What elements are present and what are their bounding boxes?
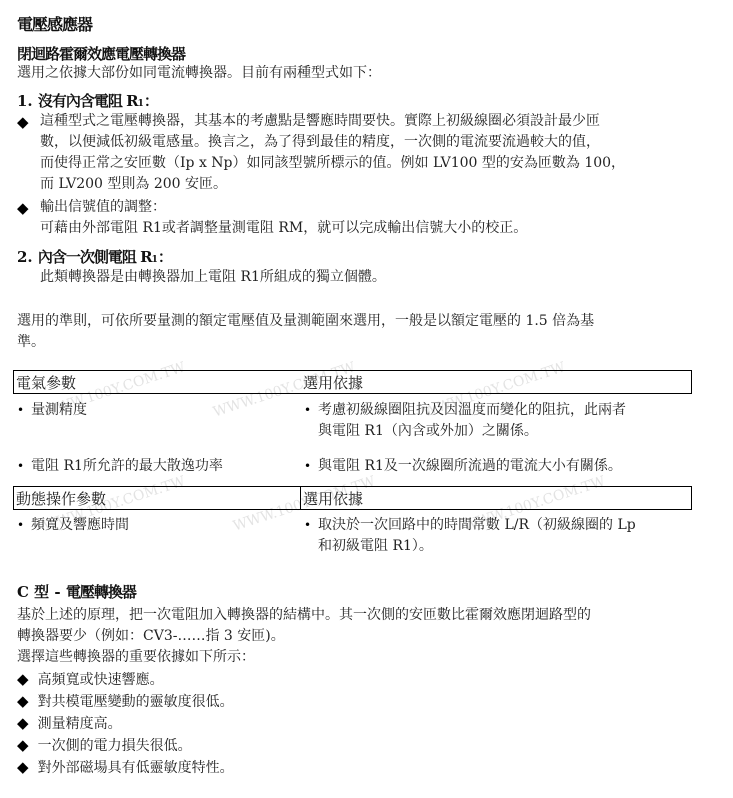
text-line: 取決於一次回路中的時間常數 L/R（初級線圈的 Lp	[318, 515, 636, 536]
criteria-paragraph: 選用的準則，可依所要量測的額定電壓值及量測範圍來選用，一般是以額定電壓的 1.5…	[17, 311, 594, 353]
section1-bullet-1: 這種型式之電壓轉換器，其基本的考慮點是響應時間要快。實際上初級線圈必須設計最少匝…	[40, 111, 625, 195]
list-item-text: 對共模電壓變動的靈敏度很低。	[38, 694, 234, 710]
diamond-bullet-icon: ◆	[17, 199, 29, 217]
table2-header-basis: 選用依據	[303, 488, 363, 509]
table2-header-param: 動態操作參數	[16, 488, 106, 509]
list-item: ◆ 測量精度高。	[17, 713, 234, 735]
table2-row1-basis: 取決於一次回路中的時間常數 L/R（初級線圈的 Lp 和初級電阻 R1）。	[318, 515, 636, 557]
text-line: 可藉由外部電阻 R1或者調整量測電阻 RM，就可以完成輸出信號大小的校正。	[40, 218, 527, 239]
section1-heading: 1. 沒有內含電阻 R1：	[17, 90, 159, 111]
text-line: 而 LV200 型則為 200 安匝。	[40, 174, 625, 195]
sectionC-bullet-list: ◆ 高頻寬或快速響應。 ◆ 對共模電壓變動的靈敏度很低。 ◆ 測量精度高。 ◆ …	[17, 669, 234, 779]
list-item: ◆ 對共模電壓變動的靈敏度很低。	[17, 691, 234, 713]
diamond-bullet-icon: ◆	[17, 670, 29, 688]
section2-heading: 2. 內含一次側電阻 R1：	[17, 246, 173, 267]
text-line: 選擇這些轉換器的重要依據如下所示：	[17, 647, 591, 668]
table1-row1-param: 量測精度	[31, 400, 87, 421]
table1-header-basis: 選用依據	[303, 372, 363, 393]
list-item-text: 高頻寬或快速響應。	[38, 672, 164, 688]
section2-text: 此類轉換器是由轉換器加上電阻 R1所組成的獨立個體。	[40, 267, 386, 288]
dot-bullet-icon: •	[17, 518, 24, 532]
sectionC-paragraph: 基於上述的原理，把一次電阻加入轉換器的結構中。其一次側的安匝數比霍爾效應閉迴路型…	[17, 605, 591, 668]
list-item-text: 測量精度高。	[38, 716, 122, 732]
text-line: 轉換器要少（例如：CV3-……指 3 安匝)。	[17, 626, 591, 647]
table1-row2-param: 電阻 R1所允許的最大散逸功率	[31, 456, 223, 477]
table1-row1-basis: 考慮初級線圈阻抗及因溫度而變化的阻抗，此兩者 與電阻 R1（內含或外加）之關係。	[318, 400, 626, 442]
list-item: ◆ 一次側的電力損失很低。	[17, 735, 234, 757]
text-line: 而使得正常之安匝數（Ip x Np）如同該型號所標示的值。例如 LV100 型的…	[40, 153, 625, 174]
section1-bullet-2: 輸出信號值的調整： 可藉由外部電阻 R1或者調整量測電阻 RM，就可以完成輸出信…	[40, 197, 527, 239]
intro-text: 選用之依據大部份如同電流轉換器。目前有兩種型式如下：	[17, 62, 381, 82]
diamond-bullet-icon: ◆	[17, 692, 29, 710]
text-line: 和初級電阻 R1）。	[318, 536, 636, 557]
table1-row2-basis: 與電阻 R1及一次線圈所流過的電流大小有關係。	[318, 456, 622, 477]
text-line: 選用的準則，可依所要量測的額定電壓值及量測範圍來選用，一般是以額定電壓的 1.5…	[17, 311, 594, 332]
sectionC-heading: C 型 - 電壓轉換器	[17, 581, 136, 602]
column-divider	[300, 487, 301, 509]
section1-title: 沒有內含電阻 R	[38, 92, 138, 110]
sectionC-prefix: C 型 -	[17, 583, 66, 601]
dot-bullet-icon: •	[304, 403, 311, 417]
diamond-bullet-icon: ◆	[17, 714, 29, 732]
diamond-bullet-icon: ◆	[17, 758, 29, 776]
sectionC-title: 電壓轉換器	[66, 583, 136, 601]
doc-subtitle: 閉迴路霍爾效應電壓轉換器	[17, 43, 185, 64]
text-line: 準。	[17, 332, 594, 353]
colon: ：	[144, 92, 159, 110]
section1-number: 1.	[17, 92, 33, 110]
dot-bullet-icon: •	[17, 459, 24, 473]
dot-bullet-icon: •	[304, 518, 311, 532]
table1-header: 電氣參數 選用依據	[13, 370, 692, 394]
list-item-text: 對外部磁場具有低靈敏度特性。	[38, 760, 234, 776]
table2-header: 動態操作參數 選用依據	[13, 486, 692, 510]
text-line: 輸出信號值的調整：	[40, 197, 527, 218]
text-line: 數，以便減低初級電感量。換言之，為了得到最佳的精度，一次側的電流要流過較大的值，	[40, 132, 625, 153]
section2-number: 2.	[17, 248, 33, 266]
dot-bullet-icon: •	[304, 459, 311, 473]
text-line: 這種型式之電壓轉換器，其基本的考慮點是響應時間要快。實際上初級線圈必須設計最少匝	[40, 111, 625, 132]
diamond-bullet-icon: ◆	[17, 736, 29, 754]
doc-title: 電壓感應器	[17, 12, 92, 35]
diamond-bullet-icon: ◆	[17, 113, 29, 131]
section2-title: 內含一次側電阻 R	[38, 248, 152, 266]
text-line: 與電阻 R1（內含或外加）之關係。	[318, 421, 626, 442]
list-item: ◆ 高頻寬或快速響應。	[17, 669, 234, 691]
dot-bullet-icon: •	[17, 403, 24, 417]
colon: ：	[158, 248, 173, 266]
table2-row1-param: 頻寬及響應時間	[31, 515, 129, 536]
list-item-text: 一次側的電力損失很低。	[38, 738, 192, 754]
list-item: ◆ 對外部磁場具有低靈敏度特性。	[17, 757, 234, 779]
text-line: 考慮初級線圈阻抗及因溫度而變化的阻抗，此兩者	[318, 400, 626, 421]
table1-header-param: 電氣參數	[16, 372, 76, 393]
text-line: 基於上述的原理，把一次電阻加入轉換器的結構中。其一次側的安匝數比霍爾效應閉迴路型…	[17, 605, 591, 626]
